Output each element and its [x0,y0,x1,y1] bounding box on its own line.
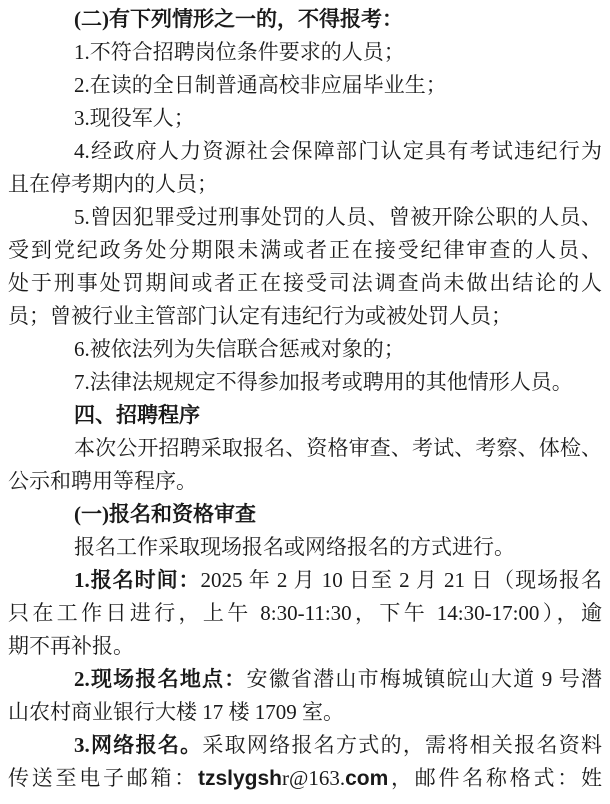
document-page: (二)有下列情形之一的，不得报考：1.不符合招聘岗位条件要求的人员；2.在读的全… [0,0,610,804]
text-segment: 6.被依法列为失信联合惩戒对象的； [74,337,405,361]
text-line: 报名工作采取现场报名或网络报名的方式进行。 [8,531,602,564]
text-segment-bold: (一)报名和资格审查 [74,502,256,526]
text-segment: ，邮件名称格式：姓 [388,766,602,790]
text-segment: 且在停考期内的人员； [8,172,218,196]
text-segment: 山农村商业银行大楼 17 楼 1709 室。 [8,700,344,724]
text-segment-bold: com [345,767,388,790]
text-segment: 处于刑事处罚期间或者正在接受司法调查尚未做出结论的人 [8,271,602,295]
text-segment: 报名工作采取现场报名或网络报名的方式进行。 [74,535,515,559]
text-segment-bold: (二)有下列情形之一的，不得报考： [74,7,403,31]
text-line: 山农村商业银行大楼 17 楼 1709 室。 [8,696,602,729]
text-line: 6.被依法列为失信联合惩戒对象的； [8,333,602,366]
text-segment: 受到党纪政务处分期限未满或者正在接受纪律审查的人员、 [8,238,602,262]
text-segment: 本次公开招聘采取报名、资格审查、考试、考察、体检、 [74,436,602,460]
text-line: 公示和聘用等程序。 [8,465,602,498]
document-body: (二)有下列情形之一的，不得报考：1.不符合招聘岗位条件要求的人员；2.在读的全… [8,3,602,795]
text-segment: 1.不符合招聘岗位条件要求的人员； [74,40,405,64]
text-line: 只在工作日进行，上午 8:30-11:30，下午 14:30-17:00），逾 [8,597,602,630]
text-segment: 7.法律法规规定不得参加报考或聘用的其他情形人员。 [74,370,573,394]
text-line: 本次公开招聘采取报名、资格审查、考试、考察、体检、 [8,432,602,465]
text-segment-bold: 3.网络报名。 [74,733,202,757]
text-segment: 5.曾因犯罪受过刑事处罚的人员、曾被开除公职的人员、 [74,205,602,229]
text-line: 4.经政府人力资源社会保障部门认定具有考试违纪行为 [8,135,602,168]
text-line: 受到党纪政务处分期限未满或者正在接受纪律审查的人员、 [8,234,602,267]
text-line: 3.网络报名。采取网络报名方式的，需将相关报名资料 [8,729,602,762]
text-segment: 期不再补报。 [8,634,134,658]
text-line: 期不再补报。 [8,630,602,663]
text-segment: 只在工作日进行，上午 8:30-11:30，下午 14:30-17:00），逾 [8,601,602,625]
text-segment-bold: 1.报名时间： [74,568,201,592]
text-line: 员；曾被行业主管部门认定有违纪行为或被处罚人员； [8,300,602,333]
text-line: (一)报名和资格审查 [8,498,602,531]
text-segment: 4.经政府人力资源社会保障部门认定具有考试违纪行为 [74,139,602,163]
text-line: 3.现役军人； [8,102,602,135]
text-segment: 2.在读的全日制普通高校非应届毕业生； [74,73,447,97]
text-line: 1.不符合招聘岗位条件要求的人员； [8,36,602,69]
text-segment: 安徽省潜山市梅城镇皖山大道 9 号潜 [247,667,603,691]
text-line: 传送至电子邮箱：tzslygshr@163.com，邮件名称格式：姓 [8,762,602,795]
text-segment: 员；曾被行业主管部门认定有违纪行为或被处罚人员； [8,304,512,328]
text-line: 7.法律法规规定不得参加报考或聘用的其他情形人员。 [8,366,602,399]
text-segment-bold: 2.现场报名地点： [74,667,247,691]
text-line: 1.报名时间：2025 年 2 月 10 日至 2 月 21 日（现场报名 [8,564,602,597]
text-line: (二)有下列情形之一的，不得报考： [8,3,602,36]
text-line: 2.在读的全日制普通高校非应届毕业生； [8,69,602,102]
text-line: 5.曾因犯罪受过刑事处罚的人员、曾被开除公职的人员、 [8,201,602,234]
text-segment-bold: 四、招聘程序 [74,404,200,427]
text-segment-bold: tzslygsh [198,767,282,790]
text-line: 处于刑事处罚期间或者正在接受司法调查尚未做出结论的人 [8,267,602,300]
text-line: 2.现场报名地点：安徽省潜山市梅城镇皖山大道 9 号潜 [8,663,602,696]
text-segment: r@163. [282,766,345,790]
text-segment: 3.现役军人； [74,106,195,130]
text-segment: 采取网络报名方式的，需将相关报名资料 [202,733,602,757]
text-segment: 公示和聘用等程序。 [8,469,197,493]
text-line: 且在停考期内的人员； [8,168,602,201]
text-segment: 传送至电子邮箱： [8,766,198,790]
text-segment: 2025 年 2 月 10 日至 2 月 21 日（现场报名 [201,568,602,592]
text-line: 四、招聘程序 [8,399,602,432]
